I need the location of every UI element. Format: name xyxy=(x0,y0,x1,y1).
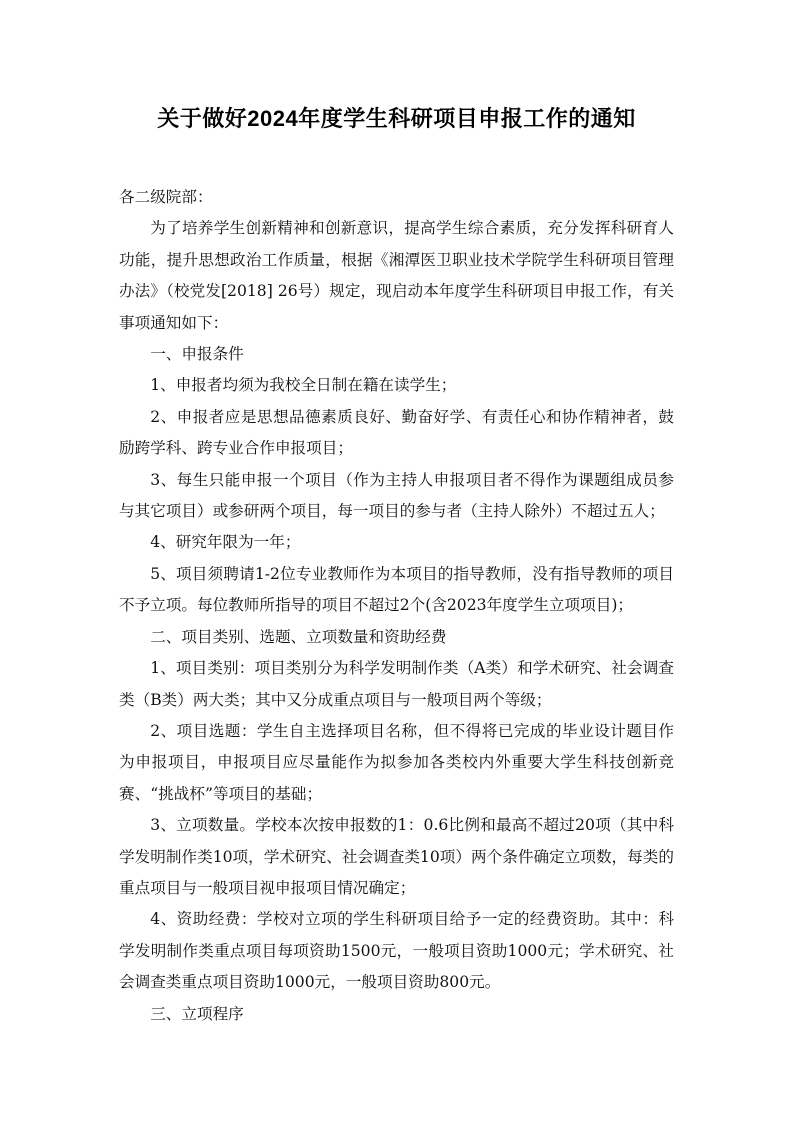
section-heading-1: 一、申报条件 xyxy=(119,339,674,370)
paragraph: 2、项目选题：学生自主选择项目名称，但不得将已完成的毕业设计题目作为申报项目，申… xyxy=(119,716,674,810)
intro-paragraph: 为了培养学生创新精神和创新意识，提高学生综合素质，充分发挥科研育人功能，提升思想… xyxy=(119,213,674,339)
paragraph: 4、资助经费：学校对立项的学生科研项目给予一定的经费资助。其中：科学发明制作类重… xyxy=(119,904,674,998)
document-body: 各二级院部： 为了培养学生创新精神和创新意识，提高学生综合素质，充分发挥科研育人… xyxy=(119,182,674,1030)
document-page: 关于做好2024年度学生科研项目申报工作的通知 各二级院部： 为了培养学生创新精… xyxy=(0,0,793,1122)
paragraph: 1、申报者均须为我校全日制在籍在读学生； xyxy=(119,370,674,401)
salutation: 各二级院部： xyxy=(119,182,674,213)
paragraph: 1、项目类别：项目类别分为科学发明制作类（A类）和学术研究、社会调查类（B类）两… xyxy=(119,653,674,716)
paragraph: 5、项目须聘请1-2位专业教师作为本项目的指导教师，没有指导教师的项目不予立项。… xyxy=(119,559,674,622)
paragraph: 3、立项数量。学校本次按申报数的1：0.6比例和最高不超过20项（其中科学发明制… xyxy=(119,810,674,904)
paragraph: 4、研究年限为一年； xyxy=(119,527,674,558)
document-title: 关于做好2024年度学生科研项目申报工作的通知 xyxy=(0,102,793,133)
section-heading-3: 三、立项程序 xyxy=(119,999,674,1030)
section-heading-2: 二、项目类别、选题、立项数量和资助经费 xyxy=(119,622,674,653)
paragraph: 3、每生只能申报一个项目（作为主持人申报项目者不得作为课题组成员参与其它项目）或… xyxy=(119,465,674,528)
paragraph: 2、申报者应是思想品德素质良好、勤奋好学、有责任心和协作精神者，鼓励跨学科、跨专… xyxy=(119,402,674,465)
